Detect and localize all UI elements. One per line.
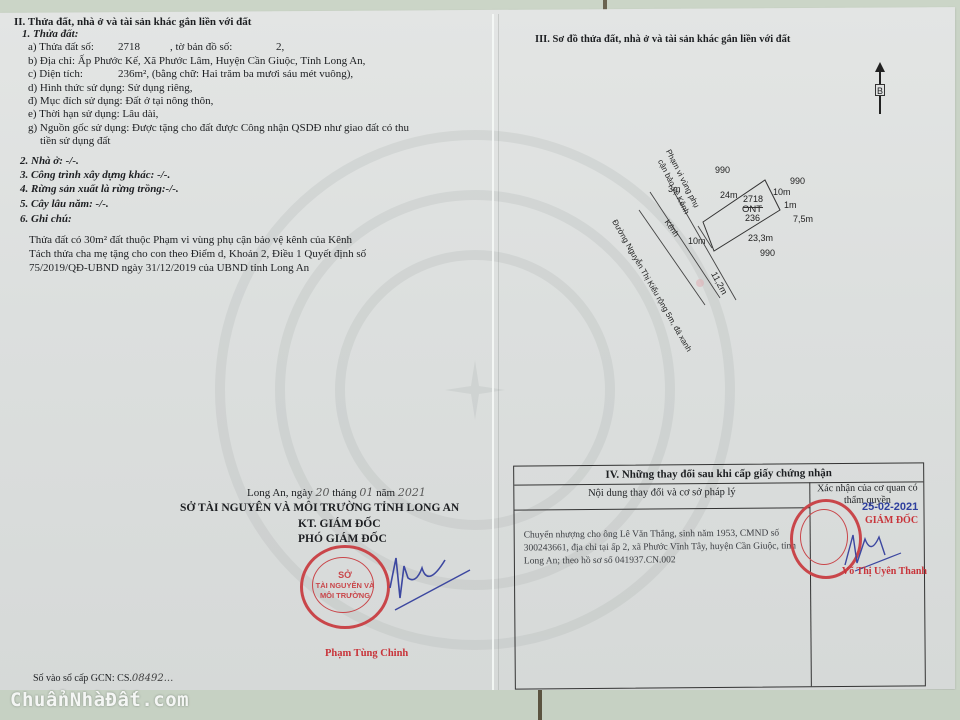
signer-name: Phạm Tùng Chinh: [325, 647, 408, 660]
edge-east-top: 10m: [773, 187, 791, 197]
signature-scribble: [370, 548, 480, 618]
issue-year: 2021: [398, 486, 426, 499]
use-form: d) Hình thức sử dụng: Sử dụng riêng,: [28, 82, 193, 95]
issue-month-label: tháng: [332, 487, 356, 499]
changes-col1-header: Nội dung thay đổi và cơ sở pháp lý: [514, 486, 809, 499]
neighbor-parcel-east: 990: [790, 176, 805, 186]
change-approval-date: 25-02-2021: [862, 501, 918, 513]
kt-director: KT. GIÁM ĐỐC: [298, 518, 381, 531]
page-fold-shadow: [498, 14, 499, 694]
section-iii-title: III. Sơ đồ thửa đất, nhà ở và tài sản kh…: [535, 33, 790, 46]
parcel-number-label: 2718: [743, 197, 763, 208]
note-line-3: 75/2019/QĐ-UBND ngày 31/12/2019 của UBND…: [29, 262, 309, 275]
map-sheet-label: , tờ bản đồ số:: [170, 41, 232, 54]
edge-north: 24m: [720, 190, 738, 200]
change-entry-content: Chuyển nhượng cho ông Lê Văn Thắng, sinh…: [524, 527, 804, 568]
edge-east-bottom: 7,5m: [793, 214, 813, 224]
item-other-construction: 3. Công trình xây dựng khác: -/-.: [20, 169, 170, 182]
parcel-diagram: 990 990 990 24m 10m 1m 7,5m 23,3m 10m 11…: [590, 140, 850, 320]
use-origin-line1: g) Nguồn gốc sử dụng: Được tặng cho đất …: [28, 122, 409, 135]
diagram-parcel-number: 2718: [743, 194, 763, 204]
use-purpose: đ) Mục đích sử dụng: Đất ở tại nông thôn…: [28, 95, 213, 108]
issue-year-label: năm: [376, 487, 395, 499]
parcel-number: 2718: [118, 41, 140, 54]
issue-day: 20: [315, 486, 329, 499]
issue-date: Long An, ngày 20 tháng 01 năm 2021: [247, 486, 426, 500]
header-divider: [514, 507, 809, 510]
parcel-address: b) Địa chỉ: Ấp Phước Kế, Xã Phước Lâm, H…: [28, 55, 365, 68]
registry-label: Số vào sổ cấp GCN: CS.: [33, 673, 132, 684]
parcel-number-label: a) Thửa đất số:: [28, 41, 94, 54]
item-notes-heading: 6. Ghi chú:: [20, 213, 72, 226]
parcel-area-label: c) Diện tích:: [28, 68, 83, 81]
change-approver-role: GIÁM ĐỐC: [865, 515, 918, 526]
issue-month: 01: [359, 486, 373, 499]
item-house: 2. Nhà ở: -/-.: [20, 155, 79, 168]
north-label: B: [875, 84, 885, 96]
registry-value: 08492...: [132, 673, 173, 684]
map-sheet-number: 2,: [276, 41, 284, 54]
neighbor-parcel-south: 990: [760, 248, 775, 258]
use-origin-line2: tiền sử dụng đất: [40, 135, 110, 148]
site-watermark: ChuẩnNhàĐất.com: [10, 689, 189, 711]
issuing-agency: SỞ TÀI NGUYÊN VÀ MÔI TRƯỜNG TỈNH LONG AN: [180, 502, 459, 515]
note-line-2: Tách thửa cha mẹ tặng cho con theo Điểm …: [29, 248, 366, 261]
change-approver-name: Võ Thị Uyên Thanh: [842, 566, 927, 577]
edge-west: 10m: [688, 236, 706, 246]
page-fold: [492, 14, 494, 694]
parcel-area: 236m², (bằng chữ: Hai trăm ba mươi sáu m…: [118, 68, 353, 81]
edge-east-step: 1m: [784, 200, 797, 210]
item-forest: 4. Rừng sản xuất là rừng trồng:-/-.: [20, 183, 179, 196]
note-line-1: Thửa đất có 30m² đất thuộc Phạm vi vùng …: [29, 234, 352, 247]
table-crease-bottom: [538, 690, 542, 720]
diagram-parcel-area: 236: [745, 213, 760, 223]
parcel-heading: 1. Thửa đất:: [22, 28, 78, 41]
neighbor-parcel-north: 990: [715, 165, 730, 175]
use-term: e) Thời hạn sử dụng: Lâu dài,: [28, 108, 158, 121]
item-perennial-trees: 5. Cây lâu năm: -/-.: [20, 198, 109, 211]
edge-south: 23,3m: [748, 233, 773, 243]
issue-place: Long An, ngày: [247, 487, 313, 499]
registry-number: Số vào sổ cấp GCN: CS.08492...: [33, 672, 173, 685]
